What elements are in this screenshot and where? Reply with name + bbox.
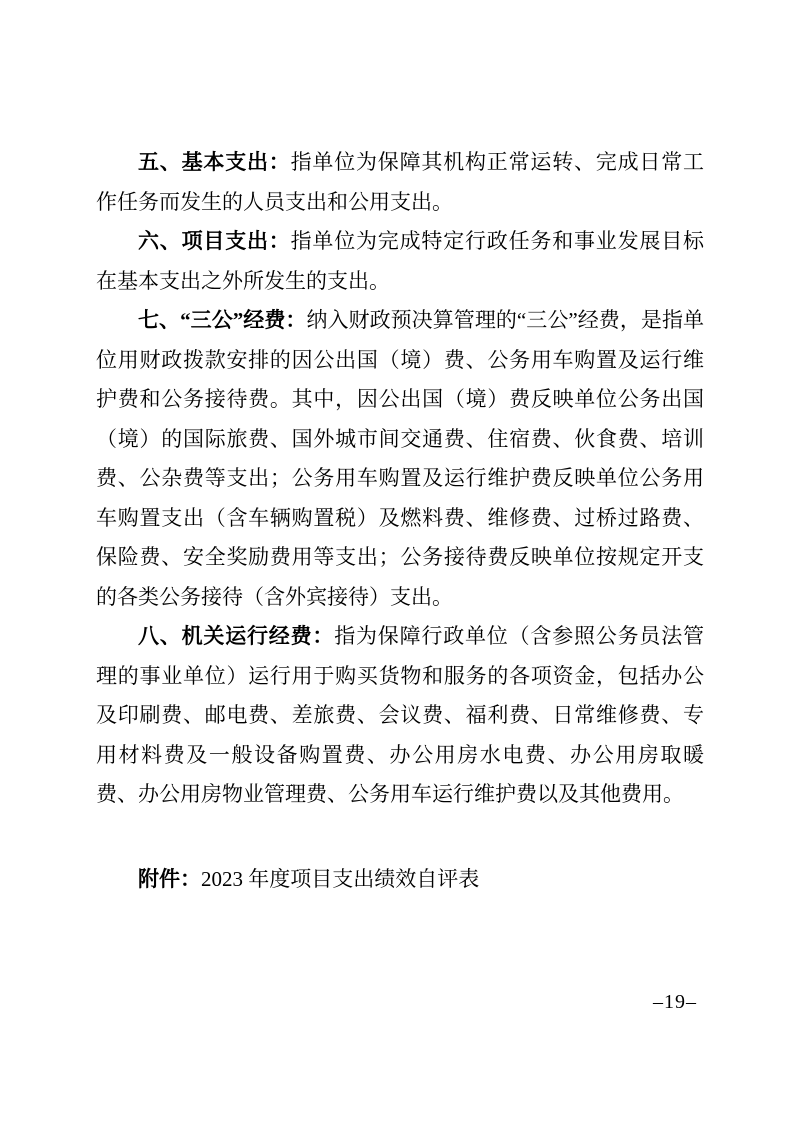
paragraph-three-public-funds: 七、“三公”经费：纳入财政预决算管理的“三公”经费，是指单位用财政拨款安排的因公… — [96, 301, 704, 617]
paragraph-text: 纳入财政预决算管理的“三公”经费，是指单位用财政拨款安排的因公出国（境）费、公务… — [96, 308, 704, 609]
attachment-label: 附件： — [138, 867, 201, 891]
paragraph-label: 六、项目支出： — [138, 229, 291, 253]
paragraph-project-expenditure: 六、项目支出：指单位为完成特定行政任务和事业发展目标在基本支出之外所发生的支出。 — [96, 222, 704, 301]
attachment-line: 附件：2023 年度项目支出绩效自评表 — [96, 860, 704, 900]
paragraph-basic-expenditure: 五、基本支出：指单位为保障其机构正常运转、完成日常工作任务而发生的人员支出和公用… — [96, 143, 704, 222]
paragraph-label: 七、“三公”经费： — [138, 308, 306, 332]
paragraph-label: 五、基本支出： — [138, 150, 291, 174]
paragraph-text: 指为保障行政单位（含参照公务员法管理的事业单位）运行用于购买货物和服务的各项资金… — [96, 624, 704, 806]
paragraph-label: 八、机关运行经费： — [138, 624, 334, 648]
page-number: –19– — [653, 990, 697, 1014]
attachment-text: 2023 年度项目支出绩效自评表 — [201, 867, 479, 891]
document-body: 五、基本支出：指单位为保障其机构正常运转、完成日常工作任务而发生的人员支出和公用… — [96, 143, 704, 899]
paragraph-agency-operating-funds: 八、机关运行经费：指为保障行政单位（含参照公务员法管理的事业单位）运行用于购买货… — [96, 617, 704, 815]
document-page: 五、基本支出：指单位为保障其机构正常运转、完成日常工作任务而发生的人员支出和公用… — [0, 0, 793, 1122]
